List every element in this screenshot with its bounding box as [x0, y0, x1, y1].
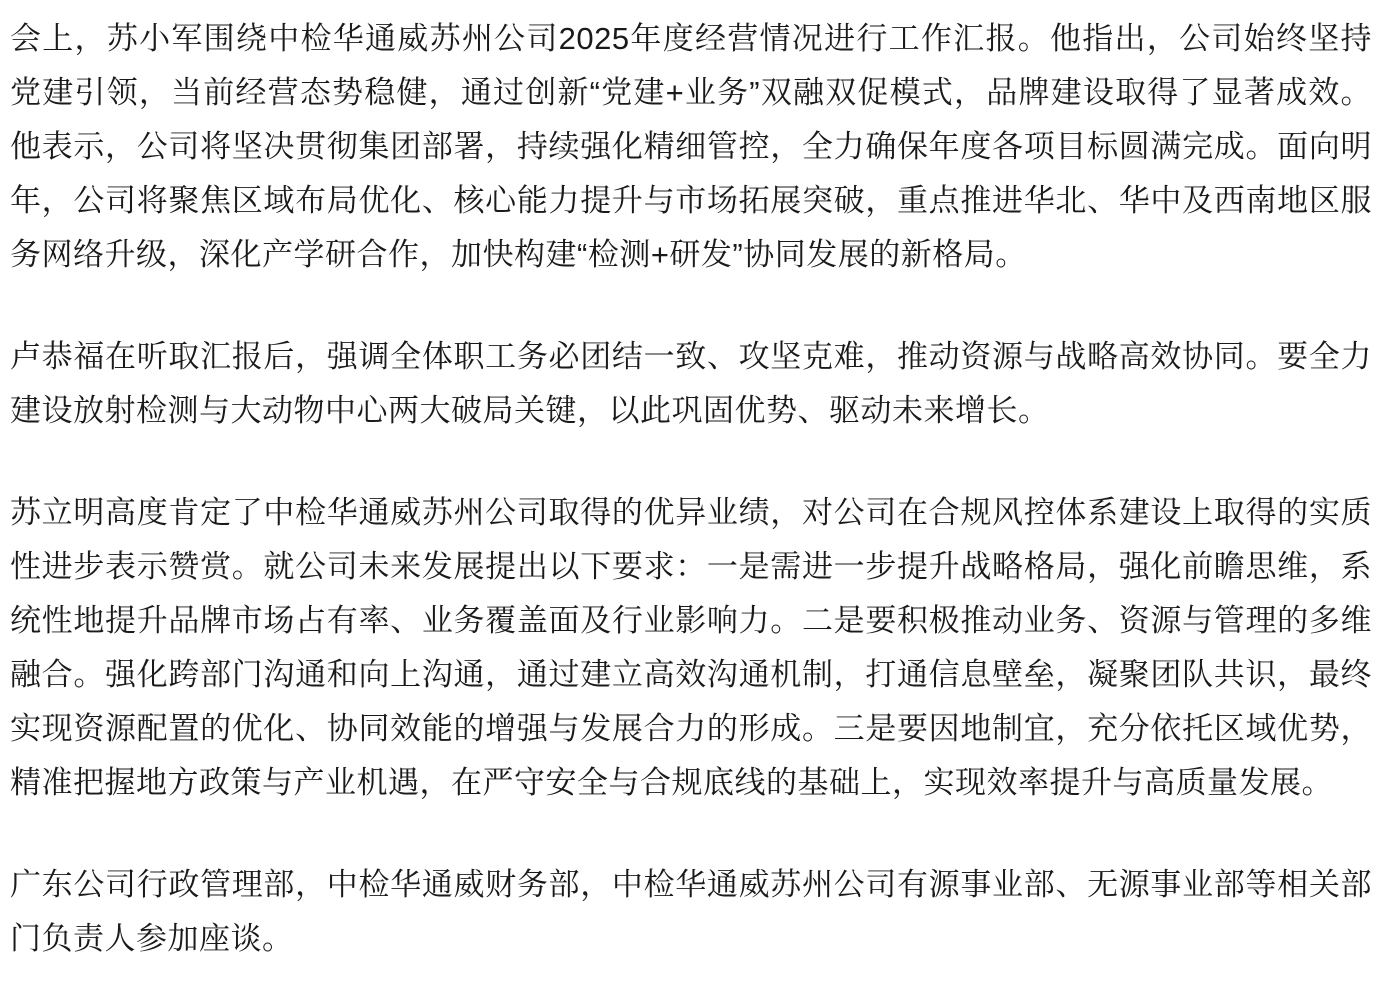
paragraph-lu-gongfu-remarks: 卢恭福在听取汇报后，强调全体职工务必团结一致、攻坚克难，推动资源与战略高效协同。… — [10, 330, 1372, 438]
document-page: 会上，苏小军围绕中检华通威苏州公司2025年度经营情况进行工作汇报。他指出，公司… — [0, 0, 1380, 990]
paragraph-attendees: 广东公司行政管理部，中检华通威财务部，中检华通威苏州公司有源事业部、无源事业部等… — [10, 858, 1372, 966]
paragraph-report-summary: 会上，苏小军围绕中检华通威苏州公司2025年度经营情况进行工作汇报。他指出，公司… — [10, 12, 1372, 282]
article-body: 会上，苏小军围绕中检华通威苏州公司2025年度经营情况进行工作汇报。他指出，公司… — [10, 12, 1372, 966]
paragraph-su-liming-requirements: 苏立明高度肯定了中检华通威苏州公司取得的优异业绩，对公司在合规风控体系建设上取得… — [10, 486, 1372, 810]
